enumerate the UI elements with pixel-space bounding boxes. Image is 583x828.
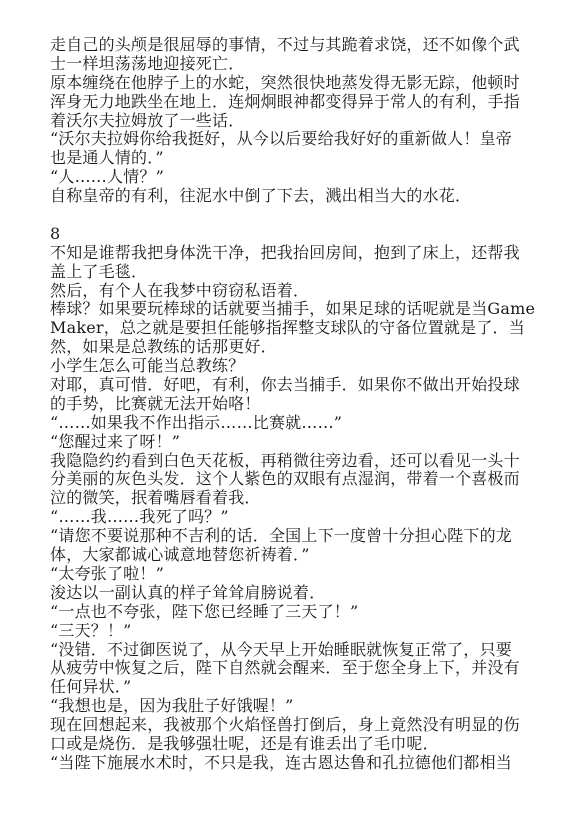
text-line: 然后，有个人在我梦中窃窃私语着．	[50, 282, 526, 301]
text-line: “当陛下施展水术时，不只是我，连古恩达鲁和孔拉德他们都相当	[50, 754, 526, 773]
text-line: 棒球？如果要玩棒球的话就要当捕手，如果足球的话呢就是当Game	[50, 300, 526, 319]
text-line: “三天？！”	[50, 622, 526, 641]
text-line: 走自己的头颅是很屈辱的事情，不过与其跪着求饶，还不如像个武	[50, 36, 526, 55]
text-line: 体，大家都诚心诚意地替您祈祷着．”	[50, 546, 526, 565]
text-line: 浑身无力地跌坐在地上．连炯炯眼神都变得异于常人的有利，手指	[50, 93, 526, 112]
text-line: 浚达以一副认真的样子耸耸肩膀说着．	[50, 584, 526, 603]
text-line: 盖上了毛毯．	[50, 263, 526, 282]
text-line: 不知是谁帮我把身体洗干净，把我抬回房间，抱到了床上，还帮我	[50, 244, 526, 263]
text-line: 泣的微笑，抿着嘴唇看着我．	[50, 489, 526, 508]
text-line: 从疲劳中恢复之后，陛下自然就会醒来．至于您全身上下，并没有	[50, 659, 526, 678]
text-line: “您醒过来了呀！”	[50, 433, 526, 452]
text-line: 士一样坦荡荡地迎接死亡．	[50, 55, 526, 74]
chapter-number: 8	[50, 225, 526, 244]
text-line: 我隐隐约约看到白色天花板，再稍微往旁边看，还可以看见一头十	[50, 452, 526, 471]
text-line: 自称皇帝的有利，往泥水中倒了下去，溅出相当大的水花．	[50, 187, 526, 206]
text-line: 任何异状．”	[50, 678, 526, 697]
text-line: 的手势，比赛就无法开始咯！	[50, 395, 526, 414]
text-line: 然，如果是总教练的话那更好．	[50, 338, 526, 357]
text-line: 原本缠绕在他脖子上的水蛇，突然很快地蒸发得无影无踪，他顿时	[50, 74, 526, 93]
text-line: “没错．不过御医说了，从今天早上开始睡眠就恢复正常了，只要	[50, 641, 526, 660]
blank-line	[50, 206, 526, 225]
text-line: Maker，总之就是要担任能够指挥整支球队的守备位置就是了．当	[50, 319, 526, 338]
text-line: 现在回想起来，我被那个火焰怪兽打倒后，身上竟然没有明显的伤	[50, 716, 526, 735]
text-line: 口或是烧伤．是我够强壮呢，还是有谁丢出了毛巾呢．	[50, 735, 526, 754]
text-line: 对耶，真可惜．好吧，有利，你去当捕手．如果你不做出开始投球	[50, 376, 526, 395]
text-line: “一点也不夸张，陛下您已经睡了三天了！”	[50, 603, 526, 622]
text-line: 分美丽的灰色头发．这个人紫色的双眼有点湿润，带着一个喜极而	[50, 470, 526, 489]
text-line: “我想也是，因为我肚子好饿喔！”	[50, 697, 526, 716]
text-line: 着沃尔夫拉姆放了一些话．	[50, 112, 526, 131]
text-line: “……我……我死了吗？”	[50, 508, 526, 527]
text-line: “沃尔夫拉姆你给我挺好，从今以后要给我好好的重新做人！皇帝	[50, 130, 526, 149]
text-line: 小学生怎么可能当总教练？	[50, 357, 526, 376]
document-page: 走自己的头颅是很屈辱的事情，不过与其跪着求饶，还不如像个武 士一样坦荡荡地迎接死…	[50, 36, 526, 773]
text-line: “人……人情？”	[50, 168, 526, 187]
text-line: “请您不要说那种不吉利的话．全国上下一度曾十分担心陛下的龙	[50, 527, 526, 546]
text-line: “……如果我不作出指示……比赛就……”	[50, 414, 526, 433]
text-line: 也是通人情的．”	[50, 149, 526, 168]
text-line: “太夸张了啦！”	[50, 565, 526, 584]
